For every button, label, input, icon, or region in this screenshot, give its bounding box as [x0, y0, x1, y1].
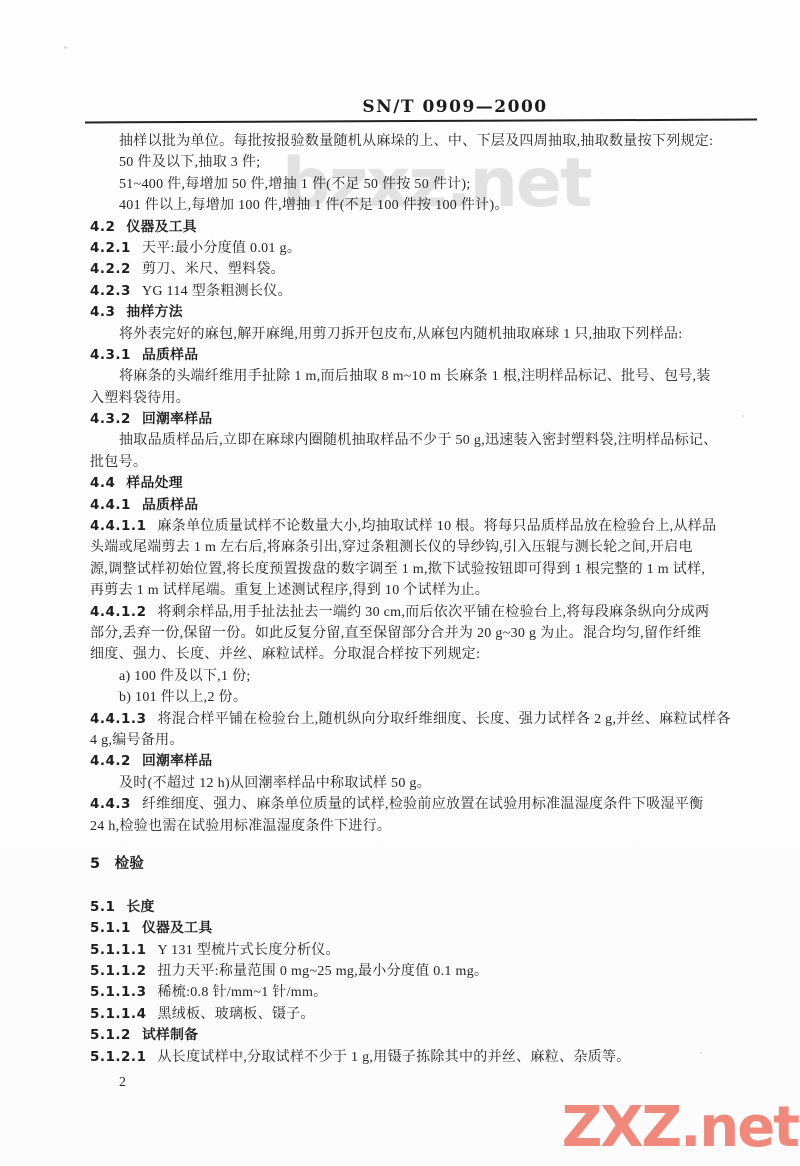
clause-number: 5.1.2.1 — [90, 1049, 146, 1065]
line-text: 将麻条的头端纤维用手扯除 1 m,而后抽取 8 m~10 m 长麻条 1 根,注… — [119, 369, 711, 384]
line-text: 稀梳:0.8 针/mm~1 针/mm。 — [157, 985, 327, 1000]
doc-line-5: 5检验 — [90, 853, 718, 875]
doc-line-5.1.1.2: 5.1.1.2扭力天平:称量范围 0 mg~25 mg,最小分度值 0.1 mg… — [90, 961, 718, 982]
doc-line: b) 101 件以上,2 份。 — [90, 687, 718, 708]
line-text: 试样制备 — [142, 1027, 198, 1043]
line-text: 麻条单位质量试样不论数量大小,均抽取试样 10 根。将每只品质样品放在检验台上,… — [157, 519, 716, 534]
doc-line-4.2.2: 4.2.2剪刀、米尺、塑料袋。 — [90, 259, 718, 280]
doc-line: 51~400 件,每增加 50 件,增抽 1 件(不足 50 件按 50 件计)… — [90, 174, 718, 195]
line-text: 再剪去 1 m 试样尾端。重复上述测试程序,得到 10 个试样为止。 — [90, 583, 489, 598]
clause-number: 5.1 — [90, 899, 115, 915]
line-text: 仪器及工具 — [126, 219, 196, 235]
clause-number: 5.1.1.3 — [90, 984, 146, 1000]
doc-line: 将麻条的头端纤维用手扯除 1 m,而后抽取 8 m~10 m 长麻条 1 根,注… — [90, 366, 718, 387]
line-text: 剪刀、米尺、塑料袋。 — [142, 262, 285, 277]
doc-line-4.4.1: 4.4.1品质样品 — [90, 495, 718, 516]
line-text: 将混合样平铺在检验台上,随机纵向分取纤维细度、长度、强力试样各 2 g,并丝、麻… — [157, 712, 730, 727]
line-text: 细度、强力、长度、并丝、麻粒试样。分取混合样按下列规定: — [90, 647, 480, 662]
line-text: 抽取品质样品后,立即在麻球内圈随机抽取样品不少于 50 g,迅速装入密封塑料袋,… — [119, 433, 718, 448]
line-text: Y 131 型梳片式长度分析仪。 — [157, 943, 339, 958]
clause-number: 4.2.2 — [90, 261, 131, 277]
doc-line-4.2.1: 4.2.1天平:最小分度值 0.01 g。 — [90, 238, 718, 259]
line-text: 将剩余样品,用手扯法扯去一端约 30 cm,而后依次平铺在检验台上,将每段麻条纵… — [157, 605, 709, 620]
line-text: 头端或尾端剪去 1 m 左右后,将麻条引出,穿过条粗测长仪的导纱钩,引入压辊与测… — [90, 540, 693, 555]
line-text: 品质样品 — [142, 497, 198, 513]
line-text: 将外表完好的麻包,解开麻绳,用剪刀拆开包皮布,从麻包内随机抽取麻球 1 只,抽取… — [119, 327, 682, 342]
line-text: a) 100 件及以下,1 份; — [119, 669, 251, 684]
doc-line: 入塑料袋待用。 — [90, 388, 718, 409]
clause-number: 4.4.1.3 — [90, 711, 146, 727]
line-text: 50 件及以下,抽取 3 件; — [119, 155, 260, 170]
doc-line: 401 件以上,每增加 100 件,增抽 1 件(不足 100 件按 100 件… — [90, 195, 718, 216]
doc-line-4.4: 4.4样品处理 — [90, 473, 718, 494]
doc-line: 头端或尾端剪去 1 m 左右后,将麻条引出,穿过条粗测长仪的导纱钩,引入压辊与测… — [90, 537, 718, 558]
line-text: 源,调整试样初始位置,将长度预置拨盘的数字调至 1 m,揿下试验按钮即可得到 1… — [90, 562, 705, 577]
doc-line-4.2.3: 4.2.3YG 114 型条粗测长仪。 — [90, 281, 718, 302]
clause-number: 4.3 — [90, 304, 115, 320]
clause-number: 4.4.1.1 — [90, 518, 146, 534]
line-text: 样品处理 — [126, 475, 182, 491]
doc-line: 再剪去 1 m 试样尾端。重复上述测试程序,得到 10 个试样为止。 — [90, 580, 718, 601]
doc-line: 批包号。 — [90, 452, 718, 473]
clause-number: 4.2 — [90, 219, 115, 235]
doc-line: 部分,丢弃一份,保留一份。如此反复分留,直至保留部分合并为 20 g~30 g … — [90, 623, 718, 644]
clause-number: 4.4.2 — [90, 753, 131, 769]
scan-speck — [64, 46, 67, 49]
line-text: 品质样品 — [142, 347, 198, 363]
watermark-bottom: ZXZ.net — [562, 1100, 798, 1156]
line-text: 纤维细度、强力、麻条单位质量的试样,检验前应放置在试验用标准温湿度条件下吸湿平衡 — [142, 797, 704, 812]
clause-number: 5.1.1.2 — [90, 963, 146, 979]
doc-line-4.4.1.3: 4.4.1.3将混合样平铺在检验台上,随机纵向分取纤维细度、长度、强力试样各 2… — [90, 709, 718, 730]
doc-line: a) 100 件及以下,1 份; — [90, 666, 718, 687]
line-text: 及时(不超过 12 h)从回潮率样品中称取试样 50 g。 — [119, 776, 431, 791]
clause-number: 4.4.3 — [90, 796, 131, 812]
doc-line-5.1: 5.1长度 — [90, 897, 718, 918]
clause-number: 5.1.1.4 — [90, 1006, 146, 1022]
standard-code-header: SN/T 0909—2000 — [85, 97, 800, 117]
doc-line-5.1.2: 5.1.2试样制备 — [90, 1025, 718, 1046]
clause-number: 4.4.1 — [90, 497, 131, 513]
line-text: YG 114 型条粗测长仪。 — [142, 284, 292, 299]
doc-line: 细度、强力、长度、并丝、麻粒试样。分取混合样按下列规定: — [90, 644, 718, 665]
doc-line: 源,调整试样初始位置,将长度预置拨盘的数字调至 1 m,揿下试验按钮即可得到 1… — [90, 559, 718, 580]
scan-speck — [742, 415, 744, 417]
page-number: 2 — [90, 1072, 718, 1093]
line-text: 4 g,编号备用。 — [90, 733, 184, 748]
header-divider — [85, 119, 757, 124]
line-text: 回潮率样品 — [142, 411, 212, 427]
doc-line-5.1.2.1: 5.1.2.1从长度试样中,分取试样不少于 1 g,用镊子拣除其中的并丝、麻粒、… — [90, 1047, 718, 1068]
clause-number: 4.4.1.2 — [90, 604, 146, 620]
line-text: 批包号。 — [90, 455, 147, 470]
doc-line: 抽样以批为单位。每批按报验数量随机从麻垛的上、中、下层及四周抽取,抽取数量按下列… — [90, 131, 718, 152]
doc-line-4.3.2: 4.3.2回潮率样品 — [90, 409, 718, 430]
line-text: 401 件以上,每增加 100 件,增抽 1 件(不足 100 件按 100 件… — [119, 198, 509, 213]
doc-line-4.4.1.2: 4.4.1.2将剩余样品,用手扯法扯去一端约 30 cm,而后依次平铺在检验台上… — [90, 602, 718, 623]
clause-number: 5.1.1.1 — [90, 942, 146, 958]
doc-line-4.3.1: 4.3.1品质样品 — [90, 345, 718, 366]
clause-number: 4.2.3 — [90, 283, 131, 299]
line-text: 抽样方法 — [126, 304, 182, 320]
doc-line-5.1.1.4: 5.1.1.4黑绒板、玻璃板、镊子。 — [90, 1004, 718, 1025]
line-text: 抽样以批为单位。每批按报验数量随机从麻垛的上、中、下层及四周抽取,抽取数量按下列… — [119, 134, 713, 149]
line-text: 检验 — [115, 856, 145, 872]
line-text: 扭力天平:称量范围 0 mg~25 mg,最小分度值 0.1 mg。 — [157, 964, 488, 979]
doc-line-5.1.1.1: 5.1.1.1Y 131 型梳片式长度分析仪。 — [90, 940, 718, 961]
line-text: b) 101 件以上,2 份。 — [119, 690, 247, 705]
line-text: 长度 — [126, 899, 154, 915]
line-text: 回潮率样品 — [142, 753, 212, 769]
clause-number: 4.3.2 — [90, 411, 131, 427]
doc-line-5.1.1: 5.1.1仪器及工具 — [90, 918, 718, 939]
line-text: 51~400 件,每增加 50 件,增抽 1 件(不足 50 件按 50 件计)… — [119, 177, 471, 192]
doc-line: 及时(不超过 12 h)从回潮率样品中称取试样 50 g。 — [90, 773, 718, 794]
line-text: 黑绒板、玻璃板、镊子。 — [157, 1007, 314, 1022]
doc-line-4.4.3: 4.4.3纤维细度、强力、麻条单位质量的试样,检验前应放置在试验用标准温湿度条件… — [90, 794, 718, 815]
doc-line: 将外表完好的麻包,解开麻绳,用剪刀拆开包皮布,从麻包内随机抽取麻球 1 只,抽取… — [90, 324, 718, 345]
doc-line-5.1.1.3: 5.1.1.3稀梳:0.8 针/mm~1 针/mm。 — [90, 982, 718, 1003]
doc-line: 抽取品质样品后,立即在麻球内圈随机抽取样品不少于 50 g,迅速装入密封塑料袋,… — [90, 430, 718, 451]
doc-line-4.4.2: 4.4.2回潮率样品 — [90, 751, 718, 772]
doc-line: 4 g,编号备用。 — [90, 730, 718, 751]
line-text: 仪器及工具 — [142, 920, 212, 936]
line-text: 部分,丢弃一份,保留一份。如此反复分留,直至保留部分合并为 20 g~30 g … — [90, 626, 701, 641]
clause-number: 5 — [90, 856, 101, 872]
clause-number: 5.1.2 — [90, 1027, 131, 1043]
clause-number: 4.2.1 — [90, 240, 131, 256]
doc-line-4.3: 4.3抽样方法 — [90, 302, 718, 323]
document-page: bzxz.net ZXZ.net SN/T 0909—2000 抽样以批为单位。… — [0, 0, 800, 1166]
doc-line-4.2: 4.2仪器及工具 — [90, 217, 718, 238]
clause-number: 4.3.1 — [90, 347, 131, 363]
line-text: 入塑料袋待用。 — [90, 391, 190, 406]
doc-line: 24 h,检验也需在试验用标准温湿度条件下进行。 — [90, 816, 718, 837]
doc-line-4.4.1.1: 4.4.1.1麻条单位质量试样不论数量大小,均抽取试样 10 根。将每只品质样品… — [90, 516, 718, 537]
clause-number: 4.4 — [90, 475, 115, 491]
line-text: 天平:最小分度值 0.01 g。 — [142, 241, 301, 256]
document-body: 抽样以批为单位。每批按报验数量随机从麻垛的上、中、下层及四周抽取,抽取数量按下列… — [90, 131, 718, 1093]
doc-line: 50 件及以下,抽取 3 件; — [90, 152, 718, 173]
line-text: 从长度试样中,分取试样不少于 1 g,用镊子拣除其中的并丝、麻粒、杂质等。 — [157, 1050, 630, 1065]
line-text: 24 h,检验也需在试验用标准温湿度条件下进行。 — [90, 819, 391, 834]
clause-number: 5.1.1 — [90, 920, 131, 936]
